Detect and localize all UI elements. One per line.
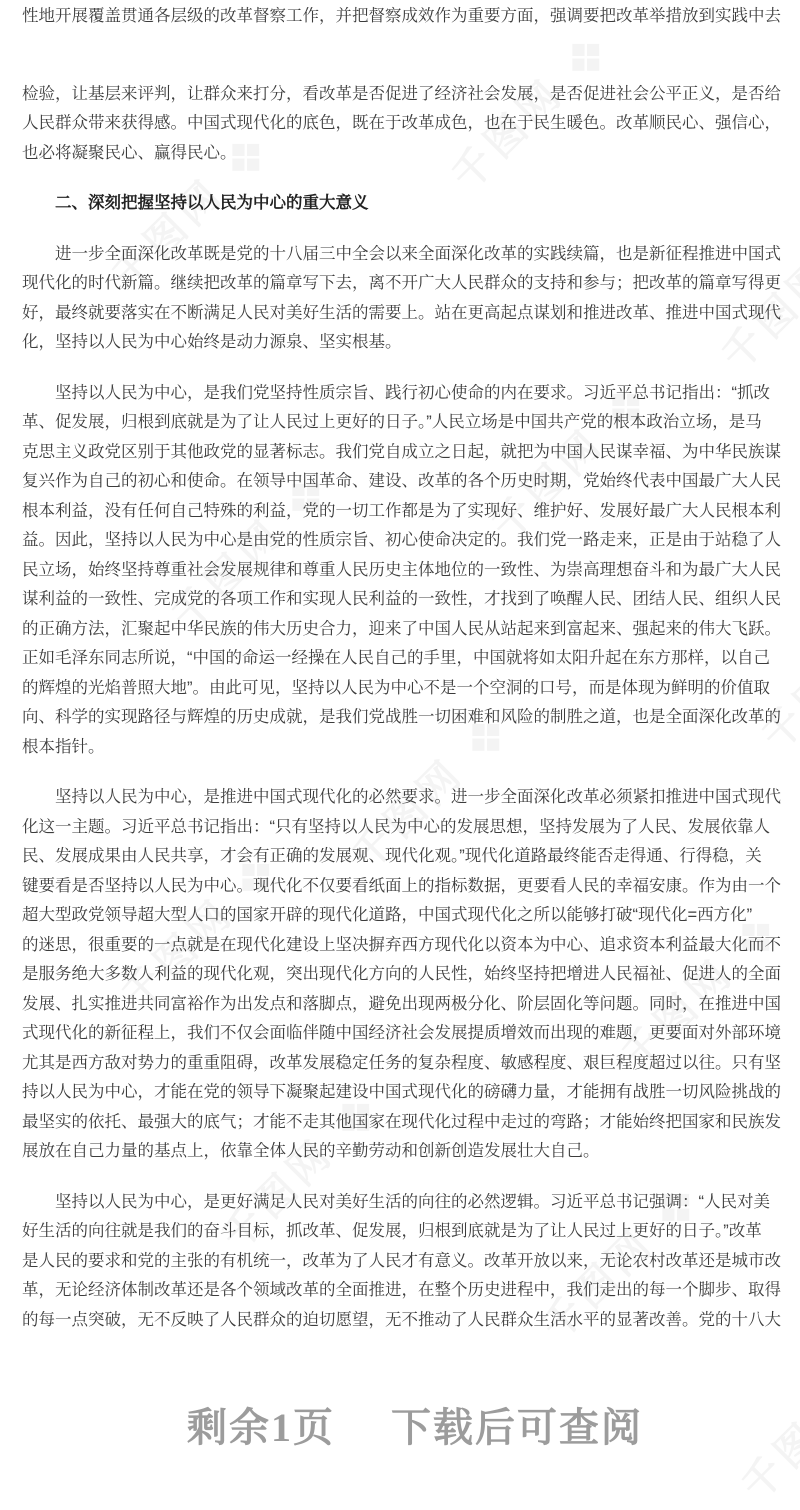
text-line: 化，坚持以人民为中心始终是动力源泉、坚实根基。 <box>22 328 782 358</box>
text-line: 键要看是否坚持以人民为中心。现代化不仅要看纸面上的指标数据，更要看人民的幸福安康… <box>22 872 782 902</box>
text-line: 持以人民为中心，才能在党的领导下凝聚起建设中国式现代化的磅礴力量，才能拥有战胜一… <box>22 1078 782 1108</box>
text-line: 式现代化的新征程上，我们不仅会面临伴随中国经济社会发展提质增效而出现的难题，更要… <box>22 1019 782 1049</box>
text-line: 复兴作为自己的初心和使命。在领导中国革命、建设、改革的各个历史时期，党始终代表中… <box>22 467 782 497</box>
text-line: 现代化的时代新篇。继续把改革的篇章写下去，离不开广大人民群众的支持和参与；把改革… <box>22 269 782 299</box>
text-line: 民、发展成果由人民共享，才会有正确的发展观、现代化观。”现代化道路最终能否走得通… <box>22 842 782 872</box>
text-line: 的辉煌的光焰普照大地”。由此可见，坚持以人民为中心不是一个空洞的口号，而是体现为… <box>22 674 782 704</box>
text-line: 检验，让基层来评判，让群众来打分，看改革是否促进了经济社会发展，是否促进社会公平… <box>22 80 782 110</box>
text-line: 的正确方法，汇聚起中华民族的伟大历史合力，迎来了中国人民从站起来到富起来、强起来… <box>22 615 782 645</box>
section-heading: 二、深刻把握坚持以人民为中心的重大意义 <box>22 189 782 219</box>
text-line: 革、促发展，归根到底就是为了让人民过上更好的日子。”人民立场是中国共产党的根本政… <box>22 408 782 438</box>
text-line: 克思主义政党区别于其他政党的显著标志。我们党自成立之日起，就把为中国人民谋幸福、… <box>22 438 782 468</box>
text-line: 性地开展覆盖贯通各层级的改革督察工作，并把督察成效作为重要方面，强调要把改革举措… <box>22 2 782 32</box>
text-line: 是服务绝大多数人利益的现代化观，突出现代化方向的人民性，始终坚持把增进人民福祉、… <box>22 960 782 990</box>
text-line: 化这一主题。习近平总书记指出：“只有坚持以人民为中心的发展思想，坚持发展为了人民… <box>22 813 782 843</box>
text-line: 二、深刻把握坚持以人民为中心的重大意义 <box>22 189 782 219</box>
text-line: 向、科学的实现路径与辉煌的历史成就，是我们党战胜一切困难和风险的制胜之道，也是全… <box>22 703 782 733</box>
text-line: 最坚实的依托、最强大的底气；才能不走其他国家在现代化过程中走过的弯路；才能始终把… <box>22 1108 782 1138</box>
text-line: 坚持以人民为中心，是更好满足人民对美好生活的向往的必然逻辑。习近平总书记强调：“… <box>22 1188 782 1218</box>
document-content: 性地开展覆盖贯通各层级的改革督察工作，并把督察成效作为重要方面，强调要把改革举措… <box>22 2 782 1335</box>
paragraph: 坚持以人民为中心，是推进中国式现代化的必然要求。进一步全面深化改革必须紧扣推进中… <box>22 783 782 1167</box>
text-line: 谋利益的一致性、完成党的各项工作和实现人民利益的一致性，才找到了唤醒人民、团结人… <box>22 585 782 615</box>
text-line: 展放在自己力量的基点上，依靠全体人民的辛勤劳动和创新创造发展壮大自己。 <box>22 1137 782 1167</box>
paragraph: 坚持以人民为中心，是我们党坚持性质宗旨、践行初心使命的内在要求。习近平总书记指出… <box>22 379 782 763</box>
text-line: 正如毛泽东同志所说，“中国的命运一经操在人民自己的手里，中国就将如太阳升起在东方… <box>22 644 782 674</box>
text-line: 也必将凝聚民心、赢得民心。 <box>22 139 782 169</box>
text-line: 益。因此，坚持以人民为中心是由党的性质宗旨、初心使命决定的。我们党一路走来，正是… <box>22 526 782 556</box>
paragraph: 进一步全面深化改革既是党的十八届三中全会以来全面深化改革的实践续篇，也是新征程推… <box>22 240 782 358</box>
preview-footer: 剩余1页下载后可查阅 <box>15 1403 800 1453</box>
text-line: 发展、扎实推进共同富裕作为出发点和落脚点，避免出现两极分化、阶层固化等问题。同时… <box>22 990 782 1020</box>
paragraph: 性地开展覆盖贯通各层级的改革督察工作，并把督察成效作为重要方面，强调要把改革举措… <box>22 2 782 32</box>
text-line: 根本指针。 <box>22 733 782 763</box>
text-line: 民立场，始终坚持尊重社会发展规律和尊重人民历史主体地位的一致性、为崇高理想奋斗和… <box>22 556 782 586</box>
paragraph: 坚持以人民为中心，是更好满足人民对美好生活的向往的必然逻辑。习近平总书记强调：“… <box>22 1188 782 1336</box>
text-line: 是人民的要求和党的主张的有机统一，改革为了人民才有意义。改革开放以来，无论农村改… <box>22 1247 782 1277</box>
text-line: 坚持以人民为中心，是推进中国式现代化的必然要求。进一步全面深化改革必须紧扣推进中… <box>22 783 782 813</box>
remaining-pages-label: 剩余1页 <box>187 1405 335 1450</box>
paragraph: 检验，让基层来评判，让群众来打分，看改革是否促进了经济社会发展，是否促进社会公平… <box>22 80 782 169</box>
text-line: 革，无论经济体制改革还是各个领域改革的全面推进，在整个历史进程中，我们走出的每一… <box>22 1276 782 1306</box>
text-line: 坚持以人民为中心，是我们党坚持性质宗旨、践行初心使命的内在要求。习近平总书记指出… <box>22 379 782 409</box>
document-page: 千图网 ❖千图网 ❖千图网 ❖千图网 ❖千图网 ❖千图网 ❖千图网 ❖千图网 ❖… <box>0 0 800 1510</box>
text-line: 的每一点突破，无不反映了人民群众的迫切愿望，无不推动了人民群众生活水平的显著改善… <box>22 1306 782 1336</box>
text-line: 好生活的向往就是我们的奋斗目标，抓改革、促发展，归根到底就是为了让人民过上更好的… <box>22 1217 782 1247</box>
text-line: 超大型政党领导超大型人口的国家开辟的现代化道路，中国式现代化之所以能够打破“现代… <box>22 901 782 931</box>
text-line: 人民群众带来获得感。中国式现代化的底色，既在于改革成色，也在于民生暖色。改革顺民… <box>22 109 782 139</box>
text-line: 根本利益，没有任何自己特殊的利益，党的一切工作都是为了实现好、维护好、发展好最广… <box>22 497 782 527</box>
text-line: 的迷思，很重要的一点就是在现代化建设上坚决摒弃西方现代化以资本为中心、追求资本利… <box>22 931 782 961</box>
text-line: 进一步全面深化改革既是党的十八届三中全会以来全面深化改革的实践续篇，也是新征程推… <box>22 240 782 270</box>
text-line: 尤其是西方敌对势力的重重阻碍，改革发展稳定任务的复杂程度、敏感程度、艰巨程度超过… <box>22 1049 782 1079</box>
text-line: 好，最终就要落实在不断满足人民对美好生活的需要上。站在更高起点谋划和推进改革、推… <box>22 299 782 329</box>
download-hint-label: 下载后可查阅 <box>391 1405 643 1450</box>
